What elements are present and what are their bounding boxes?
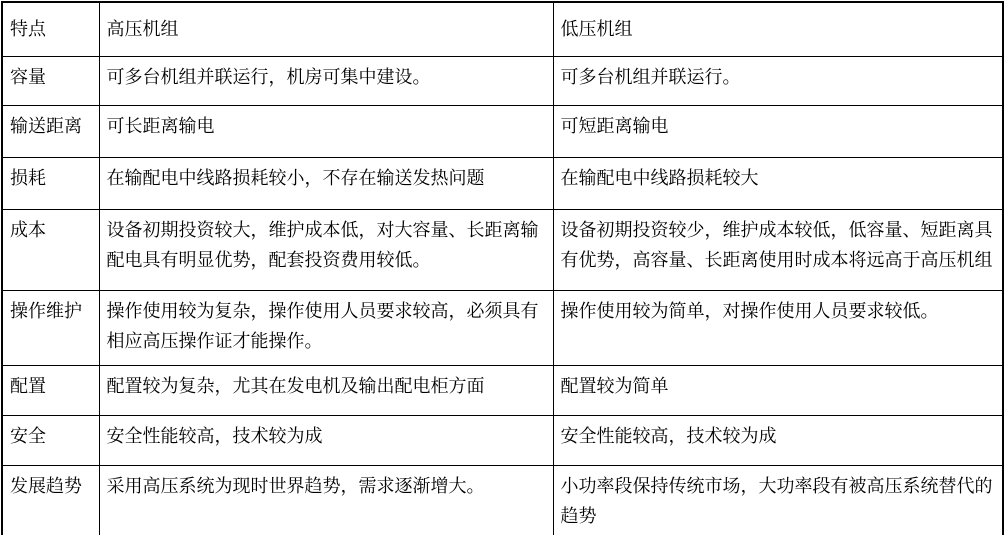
table-row-development-trend: 发展趋势 采用高压系统为现时世界趋势，需求逐渐增大。 小功率段保持传统市场，大功…: [2, 465, 1003, 535]
table-row-loss: 损耗 在输配电中线路损耗较小，不存在输送发热问题 在输配电中线路损耗较大: [2, 157, 1003, 209]
cell-safety-high-voltage: 安全性能较高，技术较为成: [99, 415, 553, 465]
table-row-transmission-distance: 输送距离 可长距离输电 可短距离输电: [2, 105, 1003, 157]
cell-cost-high-voltage: 设备初期投资较大，维护成本低，对大容量、长距离输配电具有明显优势，配套投资费用较…: [99, 209, 553, 290]
header-cell-feature: 特点: [2, 2, 99, 56]
table-row-capacity: 容量 可多台机组并联运行，机房可集中建设。 可多台机组并联运行。: [2, 56, 1003, 105]
cell-development-trend-low-voltage: 小功率段保持传统市场，大功率段有被高压系统替代的趋势: [553, 465, 1003, 535]
cell-configuration-low-voltage: 配置较为简单: [553, 365, 1003, 415]
cell-capacity-high-voltage: 可多台机组并联运行，机房可集中建设。: [99, 56, 553, 105]
cell-development-trend-high-voltage: 采用高压系统为现时世界趋势，需求逐渐增大。: [99, 465, 553, 535]
row-label-transmission-distance: 输送距离: [2, 105, 99, 157]
row-label-development-trend: 发展趋势: [2, 465, 99, 535]
cell-operation-maintenance-high-voltage: 操作使用较为复杂，操作使用人员要求较高，必须具有相应高压操作证才能操作。: [99, 290, 553, 365]
table-row-cost: 成本 设备初期投资较大，维护成本低，对大容量、长距离输配电具有明显优势，配套投资…: [2, 209, 1003, 290]
table-row-safety: 安全 安全性能较高，技术较为成 安全性能较高，技术较为成: [2, 415, 1003, 465]
cell-safety-low-voltage: 安全性能较高，技术较为成: [553, 415, 1003, 465]
cell-configuration-high-voltage: 配置较为复杂，尤其在发电机及输出配电柜方面: [99, 365, 553, 415]
table-header-row: 特点 高压机组 低压机组: [2, 2, 1003, 56]
cell-transmission-distance-high-voltage: 可长距离输电: [99, 105, 553, 157]
row-label-safety: 安全: [2, 415, 99, 465]
cell-transmission-distance-low-voltage: 可短距离输电: [553, 105, 1003, 157]
document-page: 特点 高压机组 低压机组 容量 可多台机组并联运行，机房可集中建设。 可多台机组…: [0, 0, 1004, 535]
cell-operation-maintenance-low-voltage: 操作使用较为简单，对操作使用人员要求较低。: [553, 290, 1003, 365]
row-label-capacity: 容量: [2, 56, 99, 105]
header-cell-low-voltage: 低压机组: [553, 2, 1003, 56]
row-label-operation-maintenance: 操作维护: [2, 290, 99, 365]
table-row-configuration: 配置 配置较为复杂，尤其在发电机及输出配电柜方面 配置较为简单: [2, 365, 1003, 415]
row-label-configuration: 配置: [2, 365, 99, 415]
cell-loss-low-voltage: 在输配电中线路损耗较大: [553, 157, 1003, 209]
cell-capacity-low-voltage: 可多台机组并联运行。: [553, 56, 1003, 105]
header-cell-high-voltage: 高压机组: [99, 2, 553, 56]
table-row-operation-maintenance: 操作维护 操作使用较为复杂，操作使用人员要求较高，必须具有相应高压操作证才能操作…: [2, 290, 1003, 365]
row-label-cost: 成本: [2, 209, 99, 290]
row-label-loss: 损耗: [2, 157, 99, 209]
comparison-table: 特点 高压机组 低压机组 容量 可多台机组并联运行，机房可集中建设。 可多台机组…: [1, 1, 1004, 535]
cell-loss-high-voltage: 在输配电中线路损耗较小，不存在输送发热问题: [99, 157, 553, 209]
cell-cost-low-voltage: 设备初期投资较少，维护成本较低，低容量、短距离具有优势，高容量、长距离使用时成本…: [553, 209, 1003, 290]
